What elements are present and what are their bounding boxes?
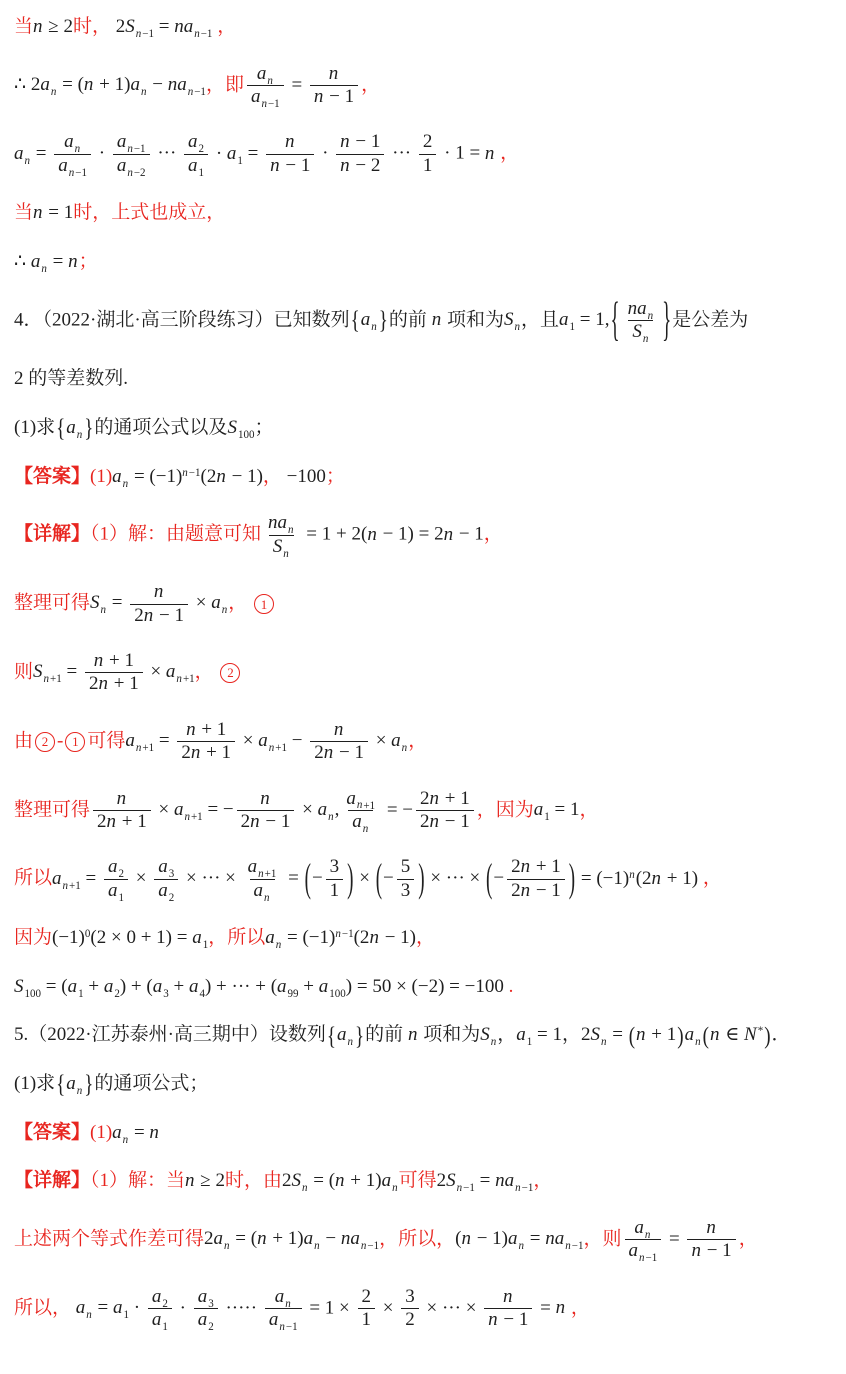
math-run: Sn+1 = [33,661,82,682]
stretched-delimiter: ( [376,859,382,899]
fraction-denominator: 2n − 1 [507,879,565,902]
fraction: nanSn [264,512,299,558]
fraction-denominator: a1 [104,879,128,902]
stretched-delimiter: ( [305,859,311,899]
math-run: an = n [112,1122,160,1143]
problem-4-product-line: 所以an+1 = a2a1 × a3a2 × ··· × an+1an = (−… [14,856,838,902]
math-run: − [383,868,394,889]
red-text-run: 整理可得 [14,799,90,820]
math-run: · a1 = [211,143,263,164]
math-run: a1 = 1 [516,1024,562,1045]
red-text-run: 【答案】 [14,1122,90,1143]
fraction-numerator: an+1 [244,856,281,878]
math-run: ····· [221,1297,262,1318]
fraction: n2n − 1 [130,581,188,627]
fraction-denominator: an [250,879,275,902]
fraction-denominator: an−1 [625,1239,662,1262]
fraction-numerator: 3 [326,856,344,878]
text-run: 的通项公式； [94,1073,208,1094]
fraction-denominator: a2 [194,1308,218,1331]
fraction-denominator: 2n − 1 [310,741,368,764]
problem-4-simplify-ratio: 整理可得n2n + 1 × an+1 = −n2n − 1 × an,an+1a… [14,788,838,834]
math-run: × ··· × [422,1297,481,1318]
fraction-denominator: 1 [358,1308,376,1331]
fraction-denominator: a1 [184,154,208,177]
math-run: S100 = (a1 + a2) + (a3 + a4) + ··· + (a9… [14,976,504,997]
stretched-delimiter: { [56,1072,65,1098]
fraction: n + 12n + 1 [85,650,143,696]
problem-4-part1: (1)求{an}的通项公式以及S100； [14,415,838,441]
document-body: 当n ≥ 2时， 2Sn−1 = nan−1 ，∴ 2an = (n + 1)a… [14,14,838,1332]
fraction-denominator: an−1 [265,1308,302,1331]
math-run: × [355,868,375,889]
math-run: an [66,417,83,438]
fraction-denominator: 2n − 1 [130,604,188,627]
problem-5-statement: 5.（2022·江苏泰州·高三期中）设数列{an}的前 n 项和为Sn，a1 =… [14,1022,838,1048]
text-run: 4．（2022·湖北·高三阶段练习）已知数列 [14,309,350,330]
text-run: 2 的等差数列. [14,368,128,389]
math-run: = [287,74,307,95]
red-text-run: (1) [90,1122,112,1143]
stretched-delimiter: ) [764,1024,770,1048]
math-run: 2Sn = (n + 1)an [282,1170,399,1191]
red-text-run: 时，由 [225,1170,282,1191]
math-run: n [427,309,447,330]
fraction-numerator: n [330,719,349,741]
fraction-numerator: n − 1 [336,131,384,153]
fraction-denominator: n − 1 [484,1308,532,1331]
fraction: a3a2 [194,1286,218,1332]
problem-5-answer: 【答案】(1)an = n [14,1120,838,1146]
math-run: = [664,1228,684,1249]
fraction: anan−1 [247,63,284,109]
text-run: ， [497,1024,516,1045]
red-text-run: ， [533,1170,552,1191]
math-run: = − [382,799,413,820]
math-run: an [337,1024,354,1045]
text-run: 5.（2022·江苏泰州·高三期中）设数列 [14,1024,326,1045]
problem-5-part1: (1)求{an}的通项公式； [14,1071,838,1097]
red-text-run: ，所以， [379,1228,455,1249]
fraction-numerator: an+1 [342,788,379,810]
stretched-delimiter: } [662,297,671,345]
red-text-run: ， [228,592,252,613]
fraction-denominator: 2n + 1 [85,672,143,695]
fraction: an−1an−2 [113,131,150,177]
fraction-numerator: 2n + 1 [507,856,565,878]
stretched-delimiter: ) [418,859,424,899]
fraction: a2a1 [104,856,128,902]
red-text-run: ， [566,1297,590,1318]
fraction-numerator: n + 1 [90,650,138,672]
fraction-numerator: n [702,1217,721,1239]
fraction-numerator: 3 [401,1286,419,1308]
math-run: × an+1 = − [154,799,234,820]
red-text-run: ， [408,730,427,751]
fraction-numerator: 2 [419,131,437,153]
math-run: ∴ an = n [14,251,79,272]
problem-4-statement: 4．（2022·湖北·高三阶段练习）已知数列{an}的前 n 项和为Sn，且a1… [14,298,838,344]
fraction-numerator: an [60,131,85,153]
problem-5-subtract-line: 上述两个等式作差可得2an = (n + 1)an − nan−1，所以，(n … [14,1217,838,1263]
fraction: nanSn [624,298,659,344]
math-run: · [317,143,333,164]
problem-4-eq1: 整理可得Sn = n2n − 1 × an， 1 [14,581,838,627]
fraction: anan−1 [625,1217,662,1263]
problem-5-explain-start: 【详解】（1）解：当n ≥ 2时，由2Sn = (n + 1)an可得2Sn−1… [14,1168,838,1194]
fraction: n2n − 1 [310,719,368,765]
fraction-denominator: n − 2 [336,154,384,177]
fraction-numerator: a2 [104,856,128,878]
red-text-run: 所以 [14,868,52,889]
problem-4-answer: 【答案】(1)an = (−1)n−1(2n − 1)， −100； [14,464,838,490]
fraction-numerator: n + 1 [182,719,230,741]
red-text-run: ，即 [206,74,244,95]
math-run: × ··· × [181,868,240,889]
fraction: a3a2 [154,856,178,902]
math-run: an [685,1024,702,1045]
stretched-delimiter: ( [629,1024,635,1048]
fraction-denominator: 2n + 1 [177,741,235,764]
red-text-run: （1）解：由题意可知 [90,524,261,545]
red-text-run: ， [263,466,287,487]
red-text-run: 则 [14,661,33,682]
math-run: an = (−1)n−1(2n − 1) [112,466,263,487]
fraction-denominator: 2n − 1 [416,810,474,833]
math-run: × an, [297,799,339,820]
fraction: 2n + 12n − 1 [416,788,474,834]
math-run: Sn = [90,592,127,613]
fraction: an+1an [342,788,379,834]
red-text-run: ， [739,1228,758,1249]
problem-4-explain-start: 【详解】（1）解：由题意可知nanSn = 1 + 2(n − 1) = 2n … [14,512,838,558]
text-run: (1)求 [14,417,55,438]
red-text-run: 可得 [399,1170,437,1191]
sol3-telescoping-product: an = anan−1 · an−1an−2 ··· a2a1 · a1 = n… [14,131,838,177]
fraction-numerator: n [113,788,132,810]
fraction-denominator: 2 [401,1308,419,1331]
stretched-delimiter: ( [486,859,492,899]
math-run: an = [14,143,51,164]
fraction-numerator: 2 [358,1286,376,1308]
fraction: 32 [401,1286,419,1332]
red-text-run: ， [416,927,435,948]
fraction-numerator: an−1 [113,131,150,153]
stretched-delimiter: } [84,416,93,442]
math-run: 2an = (n + 1)an − nan−1 [204,1228,379,1249]
text-run: 的前 [365,1024,403,1045]
stretched-delimiter: ( [703,1024,709,1048]
math-run: × an [371,730,408,751]
red-text-run: ； [79,251,98,272]
stretched-delimiter: ) [347,859,353,899]
red-text-run: (1) [90,466,112,487]
sol3-case-n-eq-1: 当n = 1时，上式也成立， [14,200,838,226]
fraction: 31 [326,856,344,902]
math-run: −100 [287,466,326,487]
math-run: × an+1 − [238,730,307,751]
math-run: (−1)0(2 × 0 + 1) = a1 [52,927,208,948]
math-run: Sn [480,1024,497,1045]
fraction-numerator: a2 [184,131,208,153]
fraction-numerator: n [256,788,275,810]
text-run: ； [254,417,273,438]
fraction-numerator: an [271,1286,296,1308]
math-run: = (−1)n(2n + 1) [576,868,698,889]
text-run: 是公差为 [672,309,748,330]
math-run: ∴ 2an = (n + 1)an − nan−1 [14,74,206,95]
math-run: an = (−1)n−1(2n − 1) [265,927,416,948]
red-text-run: ， [361,74,380,95]
math-run: n ≥ 2 [185,1170,225,1191]
fraction: nn − 1 [687,1217,735,1263]
fraction: 2n + 12n − 1 [507,856,565,902]
stretched-delimiter: { [610,297,619,345]
circled-number-2: 2 [35,732,55,752]
math-run: × [131,868,151,889]
problem-4-s100: S100 = (a1 + a2) + (a3 + a4) + ··· + (a9… [14,974,838,1000]
fraction-denominator: 1 [326,879,344,902]
fraction-denominator: 2n − 1 [237,810,295,833]
red-text-run: 上述两个等式作差可得 [14,1228,204,1249]
red-text-run: . [504,976,514,997]
math-run: S100 [227,417,254,438]
fraction: n2n + 1 [93,788,151,834]
stretched-delimiter: ) [569,859,575,899]
math-run: (n − 1)an = nan−1 [455,1228,583,1249]
fraction-numerator: 2n + 1 [416,788,474,810]
fraction-numerator: an [253,63,278,85]
fraction: n + 12n + 1 [177,719,235,765]
red-text-run: 【详解】 [14,524,90,545]
circled-number-2: 2 [220,663,240,683]
problem-4-subtract-eqs: 由2-1可得an+1 = n + 12n + 1 × an+1 − n2n − … [14,719,838,765]
text-run: ，且 [521,309,559,330]
red-text-run: 【答案】 [14,466,90,487]
math-run: ··· [153,143,181,164]
math-run: an+1 = [125,730,174,751]
fraction: a2a1 [148,1286,172,1332]
red-text-run: 整理可得 [14,592,90,613]
sol3-case-n-ge-2: 当n ≥ 2时， 2Sn−1 = nan−1 ， [14,14,838,40]
math-run: 2Sn−1 = nan−1 [116,16,213,37]
fraction-numerator: nan [264,512,299,534]
red-text-run: ， [495,143,519,164]
stretched-delimiter: { [56,416,65,442]
text-run: 的前 [389,309,427,330]
fraction-denominator: a2 [154,879,178,902]
math-run: a1 = 1 [534,799,580,820]
fraction-numerator: n [281,131,300,153]
fraction-denominator: an−1 [247,85,284,108]
math-run: × [378,1297,398,1318]
stretched-delimiter: } [84,1072,93,1098]
math-run: n ≥ 2 [33,16,73,37]
fraction: nn − 1 [266,131,314,177]
math-run: a1 = 1, [559,309,609,330]
red-text-run: 当 [14,16,33,37]
fraction: anan−1 [265,1286,302,1332]
fraction: n2n − 1 [237,788,295,834]
red-text-run: （1）解：当 [90,1170,185,1191]
fraction-numerator: n [150,581,169,603]
fraction-denominator: n − 1 [687,1239,735,1262]
red-text-run: ，则 [583,1228,621,1249]
math-run: ··· [387,143,415,164]
math-run: − [312,868,323,889]
stretched-delimiter: } [355,1023,364,1049]
fraction-denominator: 3 [397,879,415,902]
red-text-run: ， [698,868,722,889]
fraction-numerator: a3 [194,1286,218,1308]
red-text-run: 当 [14,202,33,223]
red-text-run: 【详解】 [14,1170,90,1191]
fraction-denominator: an−1 [54,154,91,177]
stretched-delimiter: ) [677,1024,683,1048]
math-run: n ∈ N* [710,1024,763,1045]
math-run: × ··· × [426,868,485,889]
math-run: = n [535,1297,566,1318]
red-text-run: ， [484,524,503,545]
red-text-run: ，因为 [477,799,534,820]
math-run: n + 1 [636,1024,676,1045]
fraction: nn − 1 [484,1286,532,1332]
fraction-denominator: an [348,810,373,833]
document-page: 当n ≥ 2时， 2Sn−1 = nan−1 ，∴ 2an = (n + 1)a… [0,0,846,1374]
circled-number-1: 1 [65,732,85,752]
fraction: 53 [397,856,415,902]
fraction: nn − 1 [310,63,358,109]
text-run: 项和为 [423,1024,480,1045]
fraction-denominator: a1 [148,1308,172,1331]
math-run: an [66,1073,83,1094]
math-run: an = a1 · [76,1297,145,1318]
fraction-numerator: 5 [397,856,415,878]
fraction: 21 [358,1286,376,1332]
red-text-run: 可得 [87,730,125,751]
red-text-run: 因为 [14,927,52,948]
fraction-denominator: 1 [419,154,437,177]
fraction-numerator: n [499,1286,518,1308]
math-run: × an+1 [146,661,195,682]
fraction: 21 [419,131,437,177]
stretched-delimiter: } [379,308,388,334]
fraction-denominator: Sn [628,320,653,343]
math-run: 2Sn−1 = nan−1 [437,1170,534,1191]
problem-4-eq2: 则Sn+1 = n + 12n + 1 × an+1， 2 [14,650,838,696]
stretched-delimiter: { [351,308,360,334]
red-text-run: 所以， [14,1297,76,1318]
red-text-run: ， [195,661,219,682]
fraction-numerator: an [630,1217,655,1239]
text-run: 的通项公式以及 [94,417,227,438]
fraction-numerator: a2 [148,1286,172,1308]
problem-5-product-line: 所以， an = a1 · a2a1 · a3a2 ····· anan−1 =… [14,1286,838,1332]
fraction: a2a1 [184,131,208,177]
math-run: an [361,309,378,330]
circled-number-1: 1 [254,594,274,614]
fraction-numerator: n [325,63,344,85]
text-run: ． [772,1024,791,1045]
red-text-run: 时，上式也成立， [73,202,225,223]
text-run: (1)求 [14,1073,55,1094]
stretched-delimiter: { [327,1023,336,1049]
fraction: n − 1n − 2 [336,131,384,177]
fraction-denominator: Sn [269,535,294,558]
fraction-numerator: a3 [154,856,178,878]
text-run: 项和为 [447,309,504,330]
fraction: an+1an [244,856,281,902]
fraction-denominator: n − 1 [266,154,314,177]
red-text-run: ， [212,16,236,37]
red-text-run: 时， [73,16,116,37]
fraction-denominator: an−2 [113,154,150,177]
math-run: − [493,868,504,889]
math-run: · [175,1297,191,1318]
sol3-conclusion: ∴ an = n； [14,249,838,275]
sol3-derive-ratio: ∴ 2an = (n + 1)an − nan−1，即anan−1 = nn −… [14,63,838,109]
math-run: = 1 + 2(n − 1) = 2n − 1 [302,524,484,545]
fraction-numerator: nan [624,298,659,320]
math-run: · 1 = n [439,143,495,164]
problem-4-statement-cont: 2 的等差数列. [14,366,838,392]
red-text-run: 由 [14,730,33,751]
red-text-run: ； [326,466,345,487]
math-run: · [94,143,110,164]
math-run: n [403,1024,423,1045]
math-run: × an [191,592,228,613]
problem-4-general-term: 因为(−1)0(2 × 0 + 1) = a1，所以an = (−1)n−1(2… [14,925,838,951]
math-run: = 1 × [305,1297,355,1318]
text-run: ， [562,1024,581,1045]
fraction-denominator: 2n + 1 [93,810,151,833]
red-text-run: - [57,730,63,751]
math-run: 2Sn = [581,1024,628,1045]
math-run: n = 1 [33,202,73,223]
red-text-run: ，所以 [208,927,265,948]
math-run: Sn [504,309,521,330]
math-run: = [283,868,303,889]
fraction: anan−1 [54,131,91,177]
red-text-run: ， [580,799,599,820]
math-run: an+1 = [52,868,101,889]
fraction-denominator: n − 1 [310,85,358,108]
